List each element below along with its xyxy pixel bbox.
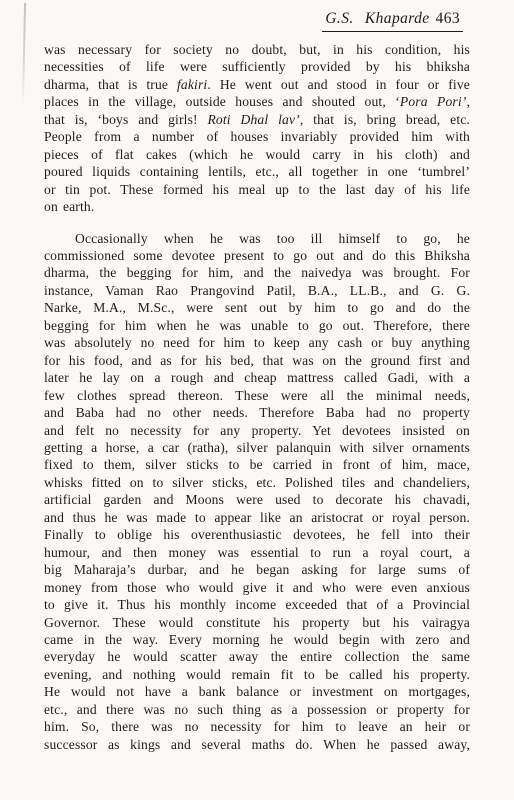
text-segment: successor as kings and several maths do.… (44, 737, 470, 752)
running-header: G.S. Khaparde463 (322, 10, 463, 32)
text-segment: necessities of life were sufficiently pr… (44, 59, 470, 74)
book-page: G.S. Khaparde463 was necessary for socie… (0, 0, 514, 800)
text-segment: places in the village, outside houses an… (44, 94, 400, 109)
text-segment: him. So, there was no necessity for him … (44, 719, 470, 734)
text-line: etc., and there was no such thing as a p… (44, 701, 470, 718)
text-segment: poured liquids containing lentils, etc.,… (44, 164, 470, 179)
text-segment: He would not have a bank balance or inve… (44, 684, 470, 699)
text-segment: dharma, the begging for him, and the nai… (44, 265, 470, 280)
paragraph: Occasionally when he was too ill himself… (44, 230, 470, 754)
author-name: G.S. Khaparde (325, 10, 429, 27)
text-segment: Governor. These would constitute his pro… (44, 615, 470, 630)
text-line: dharma, the begging for him, and the nai… (44, 264, 470, 281)
paragraph: was necessary for society no doubt, but,… (44, 41, 470, 216)
text-segment: and Baba had no other needs. Therefore B… (44, 405, 470, 420)
text-segment: everyday he would scatter away the entir… (44, 649, 470, 664)
text-segment: Finally to oblige his overenthusiastic d… (44, 527, 470, 542)
text-line: He would not have a bank balance or inve… (44, 683, 470, 700)
text-segment: Narke, M.A., M.Sc., were sent out by him… (44, 300, 470, 315)
text-segment: instance, Vaman Rao Prangovind Patil, B.… (44, 283, 470, 298)
text-segment: later he lay on a rough and cheap mattre… (44, 370, 470, 385)
text-line: getting a horse, a car (ratha), silver p… (44, 439, 470, 456)
text-line: Narke, M.A., M.Sc., were sent out by him… (44, 299, 470, 316)
text-line: big Maharaja’s durbar, and he began aski… (44, 561, 470, 578)
text-line: or tin pot. These formed his meal up to … (44, 181, 470, 198)
text-segment: that is, ‘boys and girls! (44, 112, 207, 127)
text-line: came in the way. Every morning he would … (44, 631, 470, 648)
text-segment: was absolutely no need for him to keep a… (44, 335, 470, 350)
text-line: Occasionally when he was too ill himself… (44, 230, 470, 247)
text-segment: commissioned some devotee present to go … (44, 248, 470, 263)
text-segment: came in the way. Every morning he would … (44, 632, 470, 647)
text-segment: evening, and nothing would remain fit to… (44, 667, 470, 682)
italic-text-segment: fakiri (177, 77, 207, 92)
text-segment: or tin pot. These formed his meal up to … (44, 182, 470, 197)
text-line: necessities of life were sufficiently pr… (44, 58, 470, 75)
text-segment: etc., and there was no such thing as a p… (44, 702, 470, 717)
text-segment: humour, and then money was essential to … (44, 545, 470, 560)
text-segment: artificial garden and Moons were used to… (44, 492, 470, 507)
text-line: for his food, and as for his bed, that w… (44, 352, 470, 369)
text-line: money from those who would give it and w… (44, 579, 470, 596)
text-line: that is, ‘boys and girls! Roti Dhal lav’… (44, 111, 470, 128)
text-line: Governor. These would constitute his pro… (44, 614, 470, 631)
text-line: and Baba had no other needs. Therefore B… (44, 404, 470, 421)
body-text: was necessary for society no doubt, but,… (44, 41, 470, 753)
text-line: artificial garden and Moons were used to… (44, 491, 470, 508)
text-segment: dharma, that is true (44, 77, 177, 92)
text-segment: on earth. (44, 199, 94, 214)
text-segment: fixed to them, silver sticks to be carri… (44, 457, 470, 472)
text-line: People from a number of houses invariabl… (44, 128, 470, 145)
text-segment: was necessary for society no doubt, but,… (44, 42, 470, 57)
text-line: instance, Vaman Rao Prangovind Patil, B.… (44, 282, 470, 299)
text-segment: pieces of flat cakes (which he would car… (44, 147, 470, 162)
text-segment: to give it. Thus his monthly income exce… (44, 597, 470, 612)
text-line: and felt no necessity for any property. … (44, 422, 470, 439)
text-line: on earth. (44, 198, 470, 215)
text-segment: , (466, 94, 470, 109)
text-line: humour, and then money was essential to … (44, 544, 470, 561)
text-line: begging for him when he was unable to go… (44, 317, 470, 334)
text-segment: Occasionally when he was too ill himself… (75, 231, 470, 246)
text-segment: few clothes spread thereon. These were a… (44, 388, 470, 403)
text-segment: for his food, and as for his bed, that w… (44, 353, 470, 368)
text-line: whisks fitted on to silver sticks, etc. … (44, 474, 470, 491)
text-line: pieces of flat cakes (which he would car… (44, 146, 470, 163)
text-line: to give it. Thus his monthly income exce… (44, 596, 470, 613)
text-segment: . He went out and stood in four or five (207, 77, 470, 92)
text-segment: and thus he was made to appear like an a… (44, 510, 470, 525)
text-line: and thus he was made to appear like an a… (44, 509, 470, 526)
text-segment: begging for him when he was unable to go… (44, 318, 470, 333)
text-segment: getting a horse, a car (ratha), silver p… (44, 440, 470, 455)
text-segment: whisks fitted on to silver sticks, etc. … (44, 475, 470, 490)
text-line: was necessary for society no doubt, but,… (44, 41, 470, 58)
text-line: fixed to them, silver sticks to be carri… (44, 456, 470, 473)
text-segment: money from those who would give it and w… (44, 580, 470, 595)
text-line: successor as kings and several maths do.… (44, 736, 470, 753)
text-line: dharma, that is true fakiri. He went out… (44, 76, 470, 93)
text-line: evening, and nothing would remain fit to… (44, 666, 470, 683)
page-number: 463 (436, 10, 460, 27)
text-segment: People from a number of houses invariabl… (44, 129, 470, 144)
text-line: few clothes spread thereon. These were a… (44, 387, 470, 404)
text-line: Finally to oblige his overenthusiastic d… (44, 526, 470, 543)
italic-text-segment: Roti Dhal lav’ (207, 112, 299, 127)
text-line: later he lay on a rough and cheap mattre… (44, 369, 470, 386)
text-line: him. So, there was no necessity for him … (44, 718, 470, 735)
text-line: places in the village, outside houses an… (44, 93, 470, 110)
text-segment: and felt no necessity for any property. … (44, 423, 470, 438)
text-segment: big Maharaja’s durbar, and he began aski… (44, 562, 470, 577)
text-line: commissioned some devotee present to go … (44, 247, 470, 264)
text-line: poured liquids containing lentils, etc.,… (44, 163, 470, 180)
text-segment: , that is, bring bread, etc. (300, 112, 470, 127)
scan-artifact-line (22, 3, 26, 105)
text-line: everyday he would scatter away the entir… (44, 648, 470, 665)
text-line: was absolutely no need for him to keep a… (44, 334, 470, 351)
italic-text-segment: Pora Pori’ (400, 94, 467, 109)
